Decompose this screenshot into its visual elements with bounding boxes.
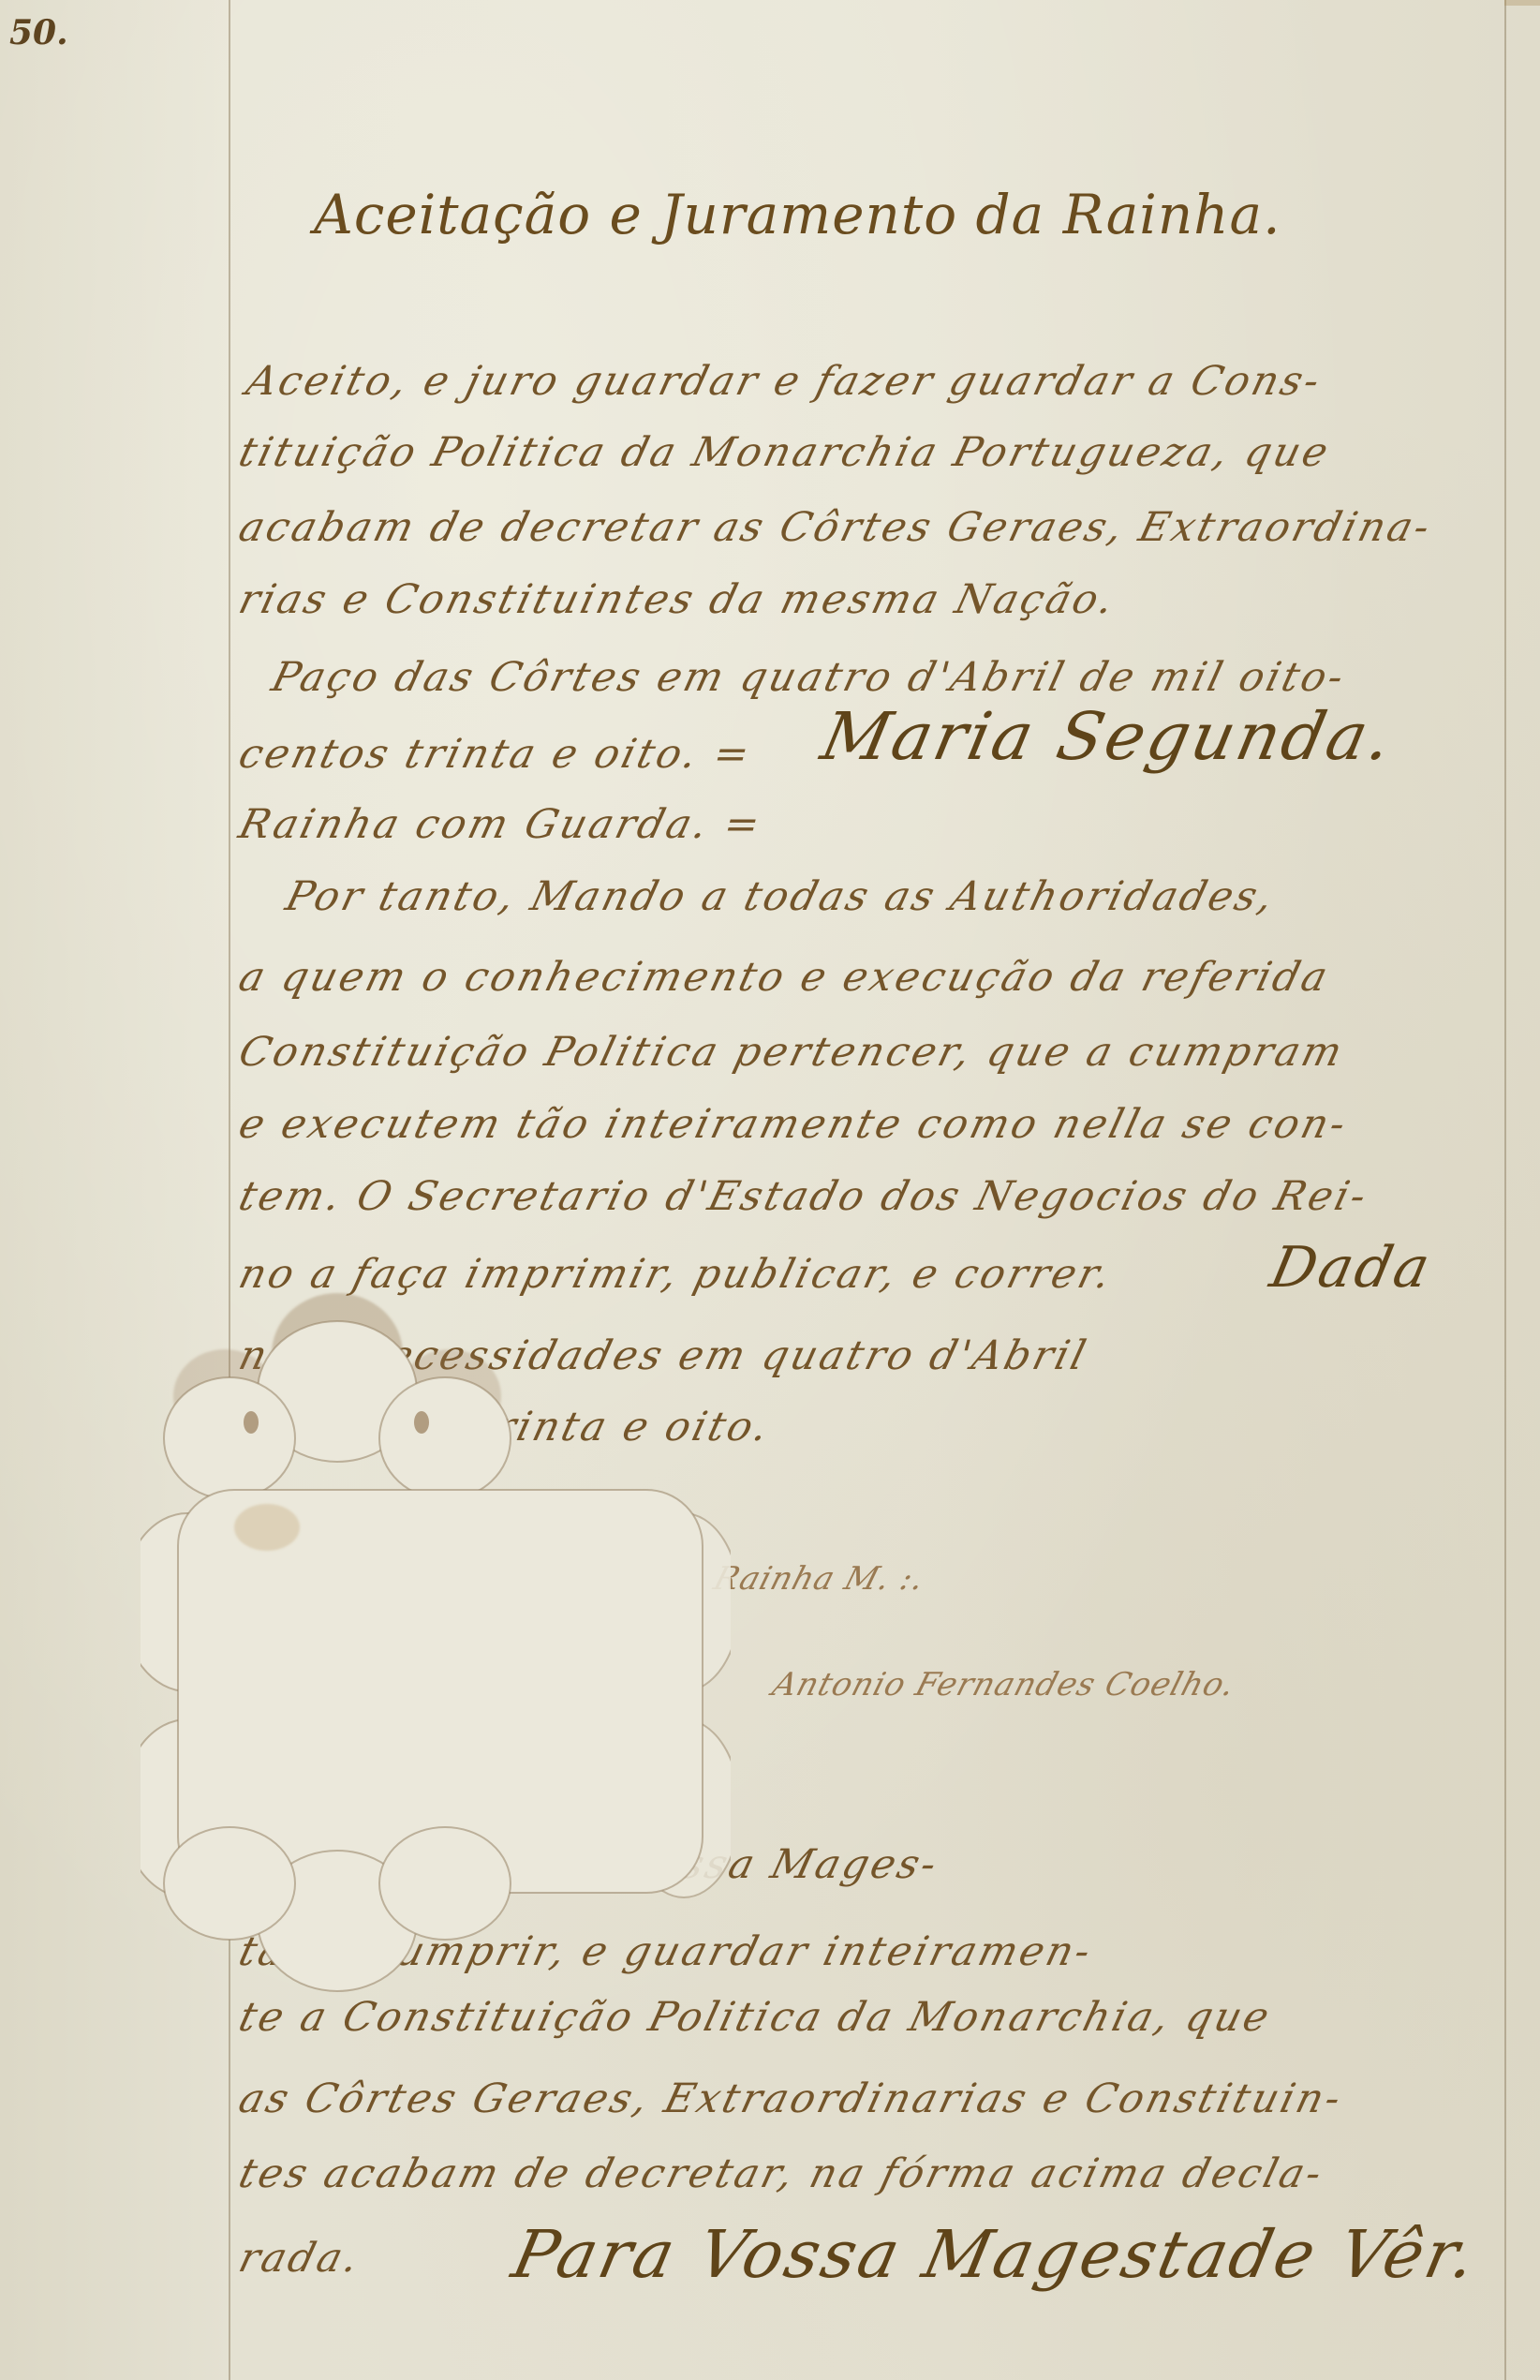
- mandate-line-2: a quem o conhecimento e execução da refe…: [234, 954, 1335, 1001]
- closing-line-2: ta da cumprir, e guardar inteiramen-: [234, 1928, 1098, 1975]
- manuscript-page: 50. Aceitação e Juramento da Rainha. Ace…: [0, 0, 1540, 2380]
- oath-line-1: Aceito, e juro guardar e fazer guardar a…: [242, 358, 1327, 405]
- mandate-line-8: de centos trinta e oito.: [234, 1404, 776, 1450]
- closing-line-1: de Lei pela qual Vossa Mages-: [234, 1841, 944, 1888]
- minister-signature: Antonio Fernandes Coelho.: [768, 1666, 1239, 1703]
- queen-signature: Maria Segunda.: [815, 698, 1401, 775]
- mandate-line-1: Por tanto, Mando a todas as Authoridades…: [281, 873, 1281, 920]
- page-edge-stain: [1504, 0, 1540, 6]
- rainha-com-guarda: Rainha com Guarda. =: [234, 801, 767, 848]
- mandate-line-7: n as Necessidades em quatro d'Abril: [234, 1332, 1093, 1379]
- oath-line-3: acabam de decretar as Côrtes Geraes, Ext…: [234, 504, 1437, 551]
- document-title: Aceitação e Juramento da Rainha.: [314, 183, 1281, 246]
- mandate-line-4: e executem tão inteiramente como nella s…: [234, 1101, 1353, 1148]
- folio-number: 50.: [9, 13, 68, 52]
- closing-line-6: rada.: [234, 2235, 365, 2282]
- right-margin-rule: [1504, 0, 1506, 2380]
- queen-abbreviated-signature: A Rainha M. :.: [674, 1560, 929, 1598]
- place-date-line-2: centos trinta e oito. =: [234, 731, 757, 778]
- oath-line-2: tituição Politica da Monarchia Portuguez…: [234, 429, 1336, 476]
- closing-line-3: te a Constituição Politica da Monarchia,…: [234, 1994, 1277, 2041]
- oath-line-4: rias e Constituintes da mesma Nação.: [234, 576, 1121, 623]
- mandate-line-6: no a faça imprimir, publicar, e correr.: [234, 1251, 1118, 1298]
- closing-line-5: tes acabam de decretar, na fórma acima d…: [234, 2150, 1329, 2197]
- dada-word: Dada: [1265, 1235, 1438, 1301]
- mandate-line-5: tem. O Secretario d'Estado dos Negocios …: [234, 1173, 1373, 1220]
- final-line: Para Vossa Magestade Vêr.: [506, 2216, 1485, 2293]
- left-margin-rule: [229, 0, 230, 2380]
- closing-line-4: as Côrtes Geraes, Extraordinarias e Cons…: [234, 2075, 1348, 2122]
- mandate-line-3: Constituição Politica pertencer, que a c…: [234, 1029, 1349, 1076]
- place-date-line-1: Paço das Côrtes em quatro d'Abril de mil…: [267, 654, 1351, 701]
